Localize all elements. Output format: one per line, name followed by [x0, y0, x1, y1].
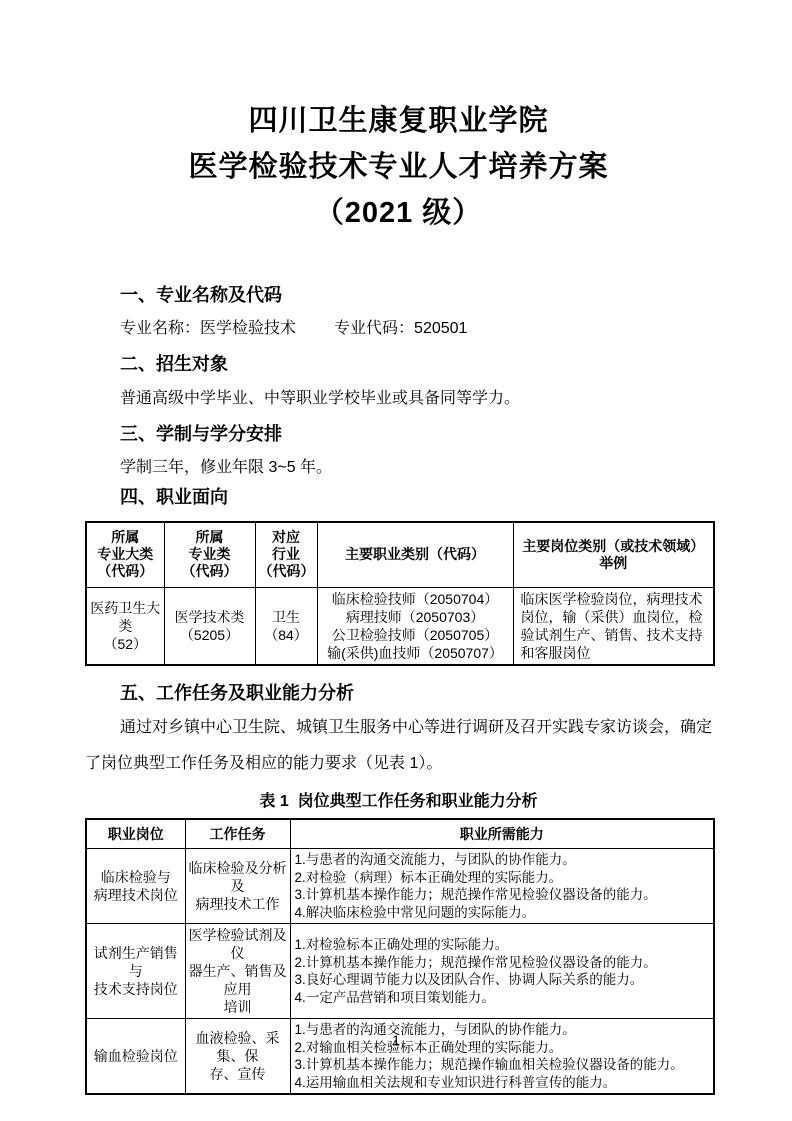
header-industry: 对应 行业 （代码）	[255, 522, 317, 587]
cell-abilities: 1.对检验标本正确处理的实际能力。 2.计算机基本操作能力；规范操作常见检验仪器…	[290, 924, 714, 1019]
cell-major-category: 医药卫生大类 （52）	[86, 587, 164, 665]
section-heading-5: 五、工作任务及职业能力分析	[85, 682, 712, 704]
title-line-college: 四川卫生康复职业学院	[85, 98, 712, 144]
career-table-header-row: 所属 专业大类 （代码） 所属 专业类 （代码） 对应 行业 （代码） 主要职业…	[86, 522, 714, 587]
title-line-program: 医学检验技术专业人才培养方案	[85, 144, 712, 190]
cell-task: 血液检验、采集、保 存、宣传	[185, 1019, 290, 1095]
task-table-row-clinical: 临床检验与 病理技术岗位 临床检验及分析及 病理技术工作 1.与患者的沟通交流能…	[86, 849, 714, 924]
header-positions: 主要岗位类别（或技术领域）举例	[513, 522, 714, 587]
title-line-cohort: （2021 级）	[85, 190, 712, 236]
section-heading-2: 二、招生对象	[85, 353, 712, 375]
header-required-abilities: 职业所需能力	[290, 819, 714, 849]
page-number: 1	[0, 1032, 792, 1048]
cell-task: 医学检验试剂及仪 器生产、销售及应用 培训	[185, 924, 290, 1019]
cell-position: 输血检验岗位	[86, 1019, 185, 1095]
task-table-row-transfusion: 输血检验岗位 血液检验、采集、保 存、宣传 1.与患者的沟通交流能力，与团队的协…	[86, 1019, 714, 1095]
major-code-value: 520501	[414, 320, 467, 337]
cell-position: 临床检验与 病理技术岗位	[86, 849, 185, 924]
header-job-position: 职业岗位	[86, 819, 185, 849]
cell-position: 试剂生产销售与 技术支持岗位	[86, 924, 185, 1019]
enrollment-target-text: 普通高级中学毕业、中等职业学校毕业或具备同等学力。	[85, 388, 712, 410]
major-name-value: 医学检验技术	[200, 320, 296, 337]
major-name-line: 专业名称：医学检验技术专业代码：520501	[85, 318, 712, 340]
cell-category: 医学技术类 （5205）	[164, 587, 255, 665]
schooling-length-text: 学制三年，修业年限 3~5 年。	[85, 457, 712, 479]
section-heading-3: 三、学制与学分安排	[85, 423, 712, 445]
header-work-task: 工作任务	[185, 819, 290, 849]
page-content: 四川卫生康复职业学院 医学检验技术专业人才培养方案 （2021 级） 一、专业名…	[0, 0, 792, 1095]
header-occupations: 主要职业类别（代码）	[317, 522, 513, 587]
cell-abilities: 1.与患者的沟通交流能力，与团队的协作能力。 2.对检验（病理）标本正确处理的实…	[290, 849, 714, 924]
document-page: 四川卫生康复职业学院 医学检验技术专业人才培养方案 （2021 级） 一、专业名…	[0, 0, 792, 1121]
document-title: 四川卫生康复职业学院 医学检验技术专业人才培养方案 （2021 级）	[85, 0, 712, 236]
section-heading-1: 一、专业名称及代码	[85, 284, 712, 306]
cell-positions: 临床医学检验岗位，病理技术岗位，输（采供）血岗位，检验试剂生产、销售、技术支持和…	[513, 587, 714, 665]
cell-task: 临床检验及分析及 病理技术工作	[185, 849, 290, 924]
task-table-row-reagent: 试剂生产销售与 技术支持岗位 医学检验试剂及仪 器生产、销售及应用 培训 1.对…	[86, 924, 714, 1019]
cell-industry: 卫生（84）	[255, 587, 317, 665]
header-major-category: 所属 专业大类 （代码）	[86, 522, 164, 587]
major-code-label: 专业代码：	[334, 320, 414, 337]
section-heading-4: 四、职业面向	[85, 486, 712, 508]
header-category: 所属 专业类 （代码）	[164, 522, 255, 587]
major-name-label: 专业名称：	[120, 320, 200, 337]
table1-caption: 表 1 岗位典型工作任务和职业能力分析	[85, 792, 712, 812]
career-orientation-table: 所属 专业大类 （代码） 所属 专业类 （代码） 对应 行业 （代码） 主要职业…	[85, 521, 715, 666]
task-table-header-row: 职业岗位 工作任务 职业所需能力	[86, 819, 714, 849]
job-task-ability-table: 职业岗位 工作任务 职业所需能力 临床检验与 病理技术岗位 临床检验及分析及 病…	[85, 818, 715, 1096]
cell-abilities: 1.与患者的沟通交流能力，与团队的协作能力。 2.对输血相关检验标本正确处理的实…	[290, 1019, 714, 1095]
research-paragraph: 通过对乡镇中心卫生院、城镇卫生服务中心等进行调研及召开实践专家访谈会，确定了岗位…	[85, 710, 712, 782]
cell-occupations: 临床检验技师（2050704） 病理技师（2050703） 公卫检验技师（205…	[317, 587, 513, 665]
career-table-data-row: 医药卫生大类 （52） 医学技术类 （5205） 卫生（84） 临床检验技师（2…	[86, 587, 714, 665]
